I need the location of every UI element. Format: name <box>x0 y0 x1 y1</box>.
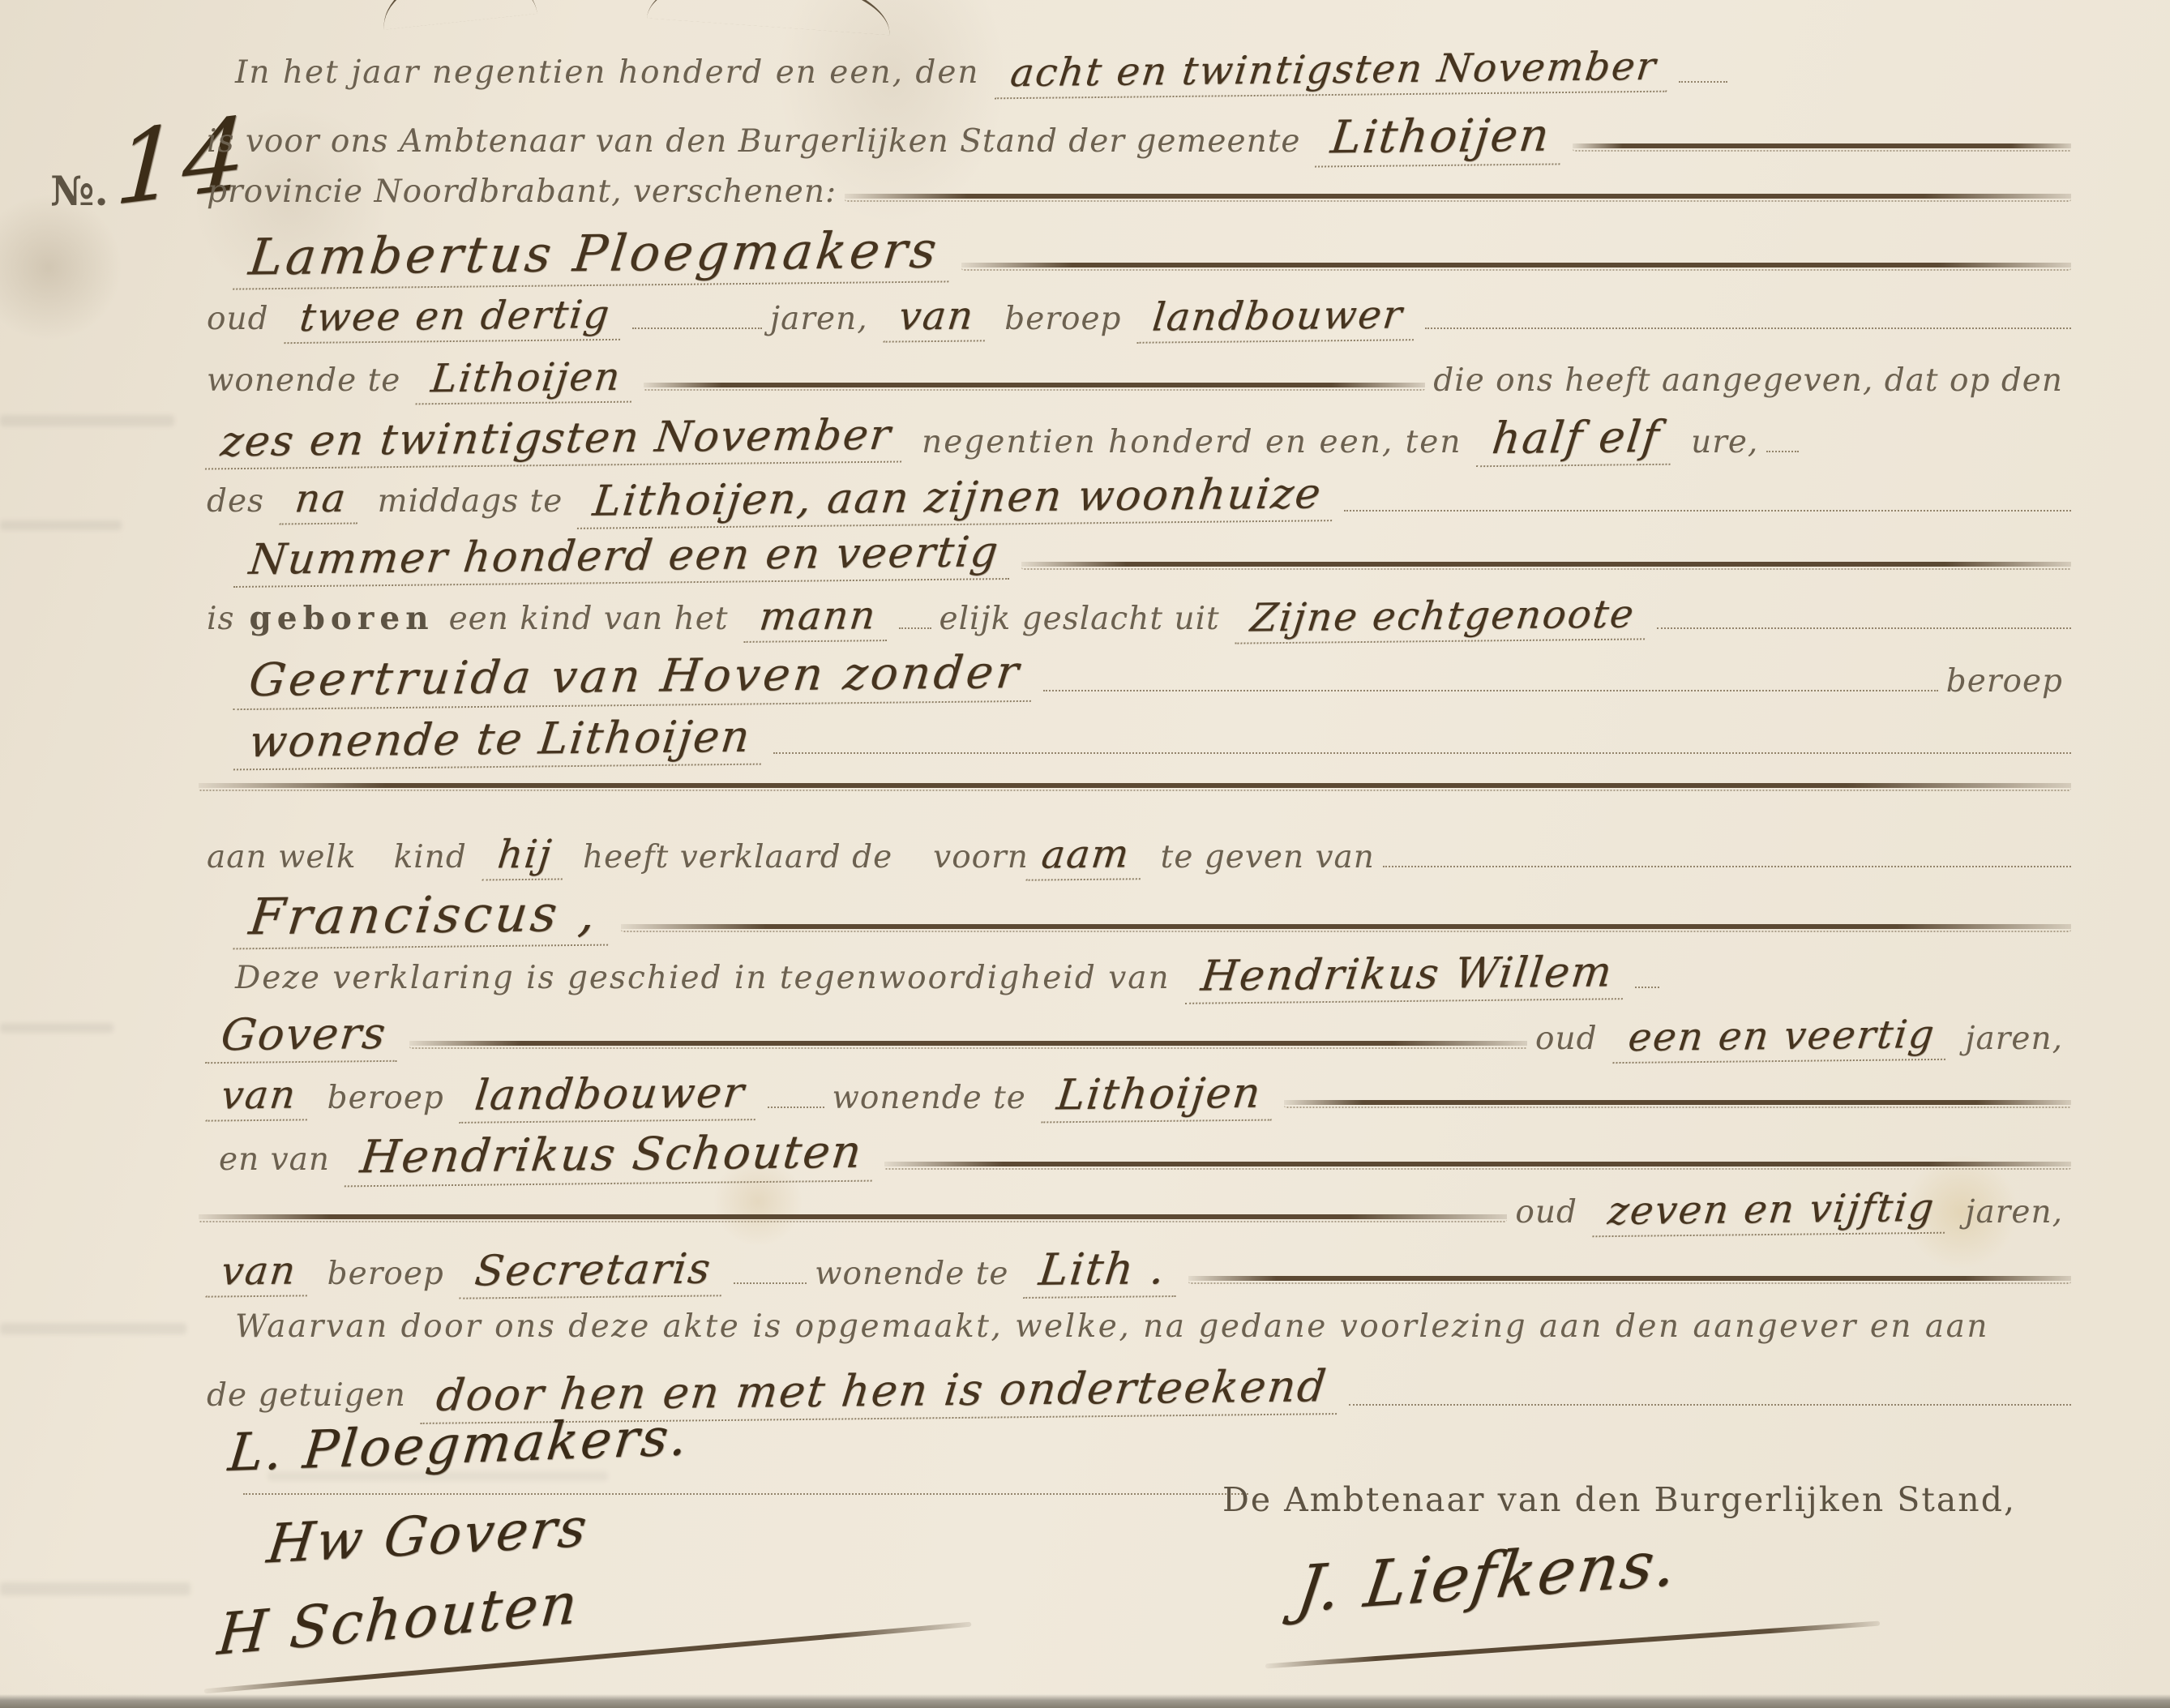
form-line-18: van beroep landbouwer wonende te Lithoij… <box>199 1070 2071 1128</box>
printed-text: de getuigen <box>207 1377 406 1414</box>
handwritten-entry: Secretaris <box>459 1244 727 1299</box>
handwritten-entry: van <box>883 293 990 342</box>
printed-text: aan welk <box>207 839 357 875</box>
handwritten-entry: acht en twintigsten November <box>995 44 1672 100</box>
form-line-06: wonende te Lithoijen die ons heeft aange… <box>199 355 2071 413</box>
printed-text: voorn <box>933 839 1029 875</box>
ink-rule <box>961 259 2071 271</box>
handwritten-entry: Lithoijen <box>1315 109 1566 167</box>
printed-text: oud <box>1515 1194 1577 1231</box>
handwritten-entry: aam <box>1025 831 1145 880</box>
ink-rule <box>1284 1097 2071 1108</box>
form-line-04: Lambertus Ploegmakers <box>227 224 2071 293</box>
printed-text: ure, <box>1691 424 1758 460</box>
bleed-through-smudge <box>0 1023 113 1033</box>
handwritten-entry: Govers <box>205 1008 402 1064</box>
form-line-22: Waarvan door ons deze akte is opgemaakt,… <box>227 1308 2089 1367</box>
form-line-02: is voor ons Ambtenaar van den Burgerlijk… <box>199 110 2071 169</box>
handwritten-entry: landbouwer <box>459 1068 760 1124</box>
ink-rule <box>1573 140 2071 152</box>
bleed-through-smudge <box>0 1582 190 1595</box>
ink-rule <box>621 921 2071 932</box>
printed-text: een kind van het <box>449 601 729 637</box>
handwritten-entry: Franciscus , <box>233 884 614 950</box>
dotted-leader <box>1043 685 1938 691</box>
printed-text: Deze verklaring is geschied in tegenwoor… <box>235 960 1171 996</box>
printed-text-bold: geboren <box>250 600 434 637</box>
handwritten-entry: een en veertig <box>1612 1012 1950 1064</box>
top-flourish-left <box>379 0 537 30</box>
handwritten-entry: na <box>280 476 362 525</box>
ink-rule <box>1188 1273 2071 1284</box>
handwritten-entry: Lithoijen, aan zijnen woonhuize <box>577 469 1338 529</box>
handwritten-entry: Lithoijen <box>1041 1069 1277 1124</box>
handwritten-entry: twee en dertig <box>284 292 626 344</box>
form-line-20: oud zeven en vijftig jaren, <box>199 1187 2071 1245</box>
printed-text: is <box>207 601 235 637</box>
form-line-05: oud twee en dertig jaren, van beroep lan… <box>199 293 2071 352</box>
handwritten-entry: Lith . <box>1024 1243 1183 1299</box>
ink-rule <box>845 190 2071 202</box>
handwritten-entry: mann <box>743 593 892 643</box>
dotted-leader <box>768 1102 824 1108</box>
signature-flourish <box>1265 1620 1881 1668</box>
printed-text: oud <box>207 301 269 337</box>
dotted-leader <box>773 747 2071 754</box>
form-line-09: Nummer honderd een en veertig <box>227 532 2071 590</box>
printed-text: die ons heeft aangegeven, dat op den <box>1433 362 2063 399</box>
printed-text: beroep <box>327 1080 444 1116</box>
handwritten-entry: half elf <box>1477 411 1676 467</box>
ink-rule <box>199 780 2071 791</box>
handwritten-entry: van <box>206 1072 313 1121</box>
form-line-10: is geboren een kind van het mann elijk g… <box>199 593 2071 652</box>
printed-text: wonende te <box>815 1256 1008 1292</box>
printed-text: en van <box>219 1141 330 1178</box>
handwritten-entry: Lithoijen <box>416 354 637 405</box>
ink-rule <box>884 1158 2071 1170</box>
dotted-leader <box>243 1488 1248 1495</box>
ink-rule <box>1021 559 2071 570</box>
signature-witness-1: Hw Govers <box>264 1496 593 1575</box>
bleed-through-smudge <box>0 1323 186 1334</box>
form-line-16: Deze verklaring is geschied in tegenwoor… <box>227 950 2071 1008</box>
printed-text: wonende te <box>832 1080 1026 1116</box>
handwritten-entry: hij <box>482 831 567 880</box>
dotted-leader <box>1383 861 2071 867</box>
printed-text: Waarvan door ons deze akte is opgemaakt,… <box>235 1308 1989 1345</box>
dotted-leader <box>1679 76 1727 83</box>
printed-text: middags te <box>378 483 563 520</box>
handwritten-entry: Geertruida van Hoven zonder <box>233 646 1038 710</box>
printed-text: wonende te <box>207 362 400 399</box>
signature-official: J. Liefkens. <box>1292 1526 1684 1627</box>
dotted-leader <box>1344 505 2071 512</box>
handwritten-entry: Zijne echtgenoote <box>1235 591 1650 644</box>
dotted-leader <box>632 323 762 329</box>
printed-text: heeft verklaard de <box>583 839 892 875</box>
bleed-through-smudge <box>0 415 174 426</box>
handwritten-entry: zes en twintigsten November <box>205 411 907 470</box>
act-number-label: №. <box>50 167 109 215</box>
handwritten-entry: Nummer honderd een en veertig <box>233 528 1015 588</box>
printed-text: beroep <box>327 1256 444 1292</box>
handwritten-entry: Hendrikus Willem <box>1185 948 1629 1004</box>
printed-text: kind <box>394 839 467 875</box>
signature-witness-2: H Schouten <box>215 1569 582 1668</box>
handwritten-entry: Lambertus Ploegmakers <box>233 220 956 289</box>
printed-text: oud <box>1535 1021 1598 1057</box>
handwritten-entry: van <box>206 1248 313 1297</box>
birth-certificate-page: №. 14 In het jaar negentien honderd en e… <box>0 0 2170 1708</box>
printed-text: is voor ons Ambtenaar van den Burgerlijk… <box>207 123 1300 160</box>
ink-rule <box>644 379 1425 391</box>
paper-bottom-edge <box>0 1694 2170 1708</box>
form-line-12: wonende te Lithoijen <box>227 713 2071 772</box>
ink-rule <box>409 1038 1527 1049</box>
printed-text: elijk geslacht uit <box>939 601 1220 637</box>
official-title: De Ambtenaar van den Burgerlijken Stand, <box>1222 1480 2016 1519</box>
dotted-leader <box>734 1278 807 1284</box>
form-line-11: Geertruida van Hoven zonder beroep <box>227 650 2071 720</box>
printed-text: te geven van <box>1161 839 1375 875</box>
handwritten-entry: Hendrikus Schouten <box>345 1126 879 1188</box>
bleed-through-smudge <box>0 520 122 530</box>
form-line-01: In het jaar negentien honderd en een, de… <box>227 47 2073 105</box>
form-line-07: zes en twintigsten November negentien ho… <box>199 412 2071 470</box>
dotted-leader <box>1349 1399 2071 1406</box>
dotted-leader <box>1766 446 1799 452</box>
dotted-leader <box>899 623 931 629</box>
printed-text: jaren, <box>1965 1021 2063 1057</box>
printed-text: des <box>207 483 264 520</box>
dotted-leader <box>1635 982 1659 988</box>
printed-text: jaren, <box>1965 1194 2063 1231</box>
printed-text: In het jaar negentien honderd en een, de… <box>235 54 980 91</box>
printed-text: negentien honderd en een, ten <box>922 424 1462 460</box>
ink-rule <box>199 1211 1507 1222</box>
dotted-leader <box>1657 623 2071 629</box>
form-line-14: aan welk kind hij heeft verklaard de voo… <box>199 832 2071 890</box>
top-flourish-right <box>647 0 893 35</box>
form-line-17: Govers oud een en veertig jaren, <box>199 1008 2071 1067</box>
handwritten-entry: landbouwer <box>1136 292 1419 344</box>
printed-text: beroep <box>1004 301 1121 337</box>
form-line-13 <box>199 780 2071 838</box>
printed-text: beroep <box>1946 663 2063 700</box>
dotted-leader <box>1425 323 2071 329</box>
handwritten-entry: zeven en vijftig <box>1592 1185 1950 1238</box>
printed-text: jaren, <box>770 301 868 337</box>
form-line-21: van beroep Secretaris wonende te Lith . <box>199 1244 2071 1302</box>
form-line-15: Franciscus , <box>227 885 2071 955</box>
form-line-08: des na middags te Lithoijen, aan zijnen … <box>199 473 2071 532</box>
handwritten-entry: wonende te Lithoijen <box>233 711 767 771</box>
form-line-19: en van Hendrikus Schouten <box>211 1128 2071 1187</box>
printed-text: provincie Noordbrabant, verschenen: <box>207 173 837 210</box>
